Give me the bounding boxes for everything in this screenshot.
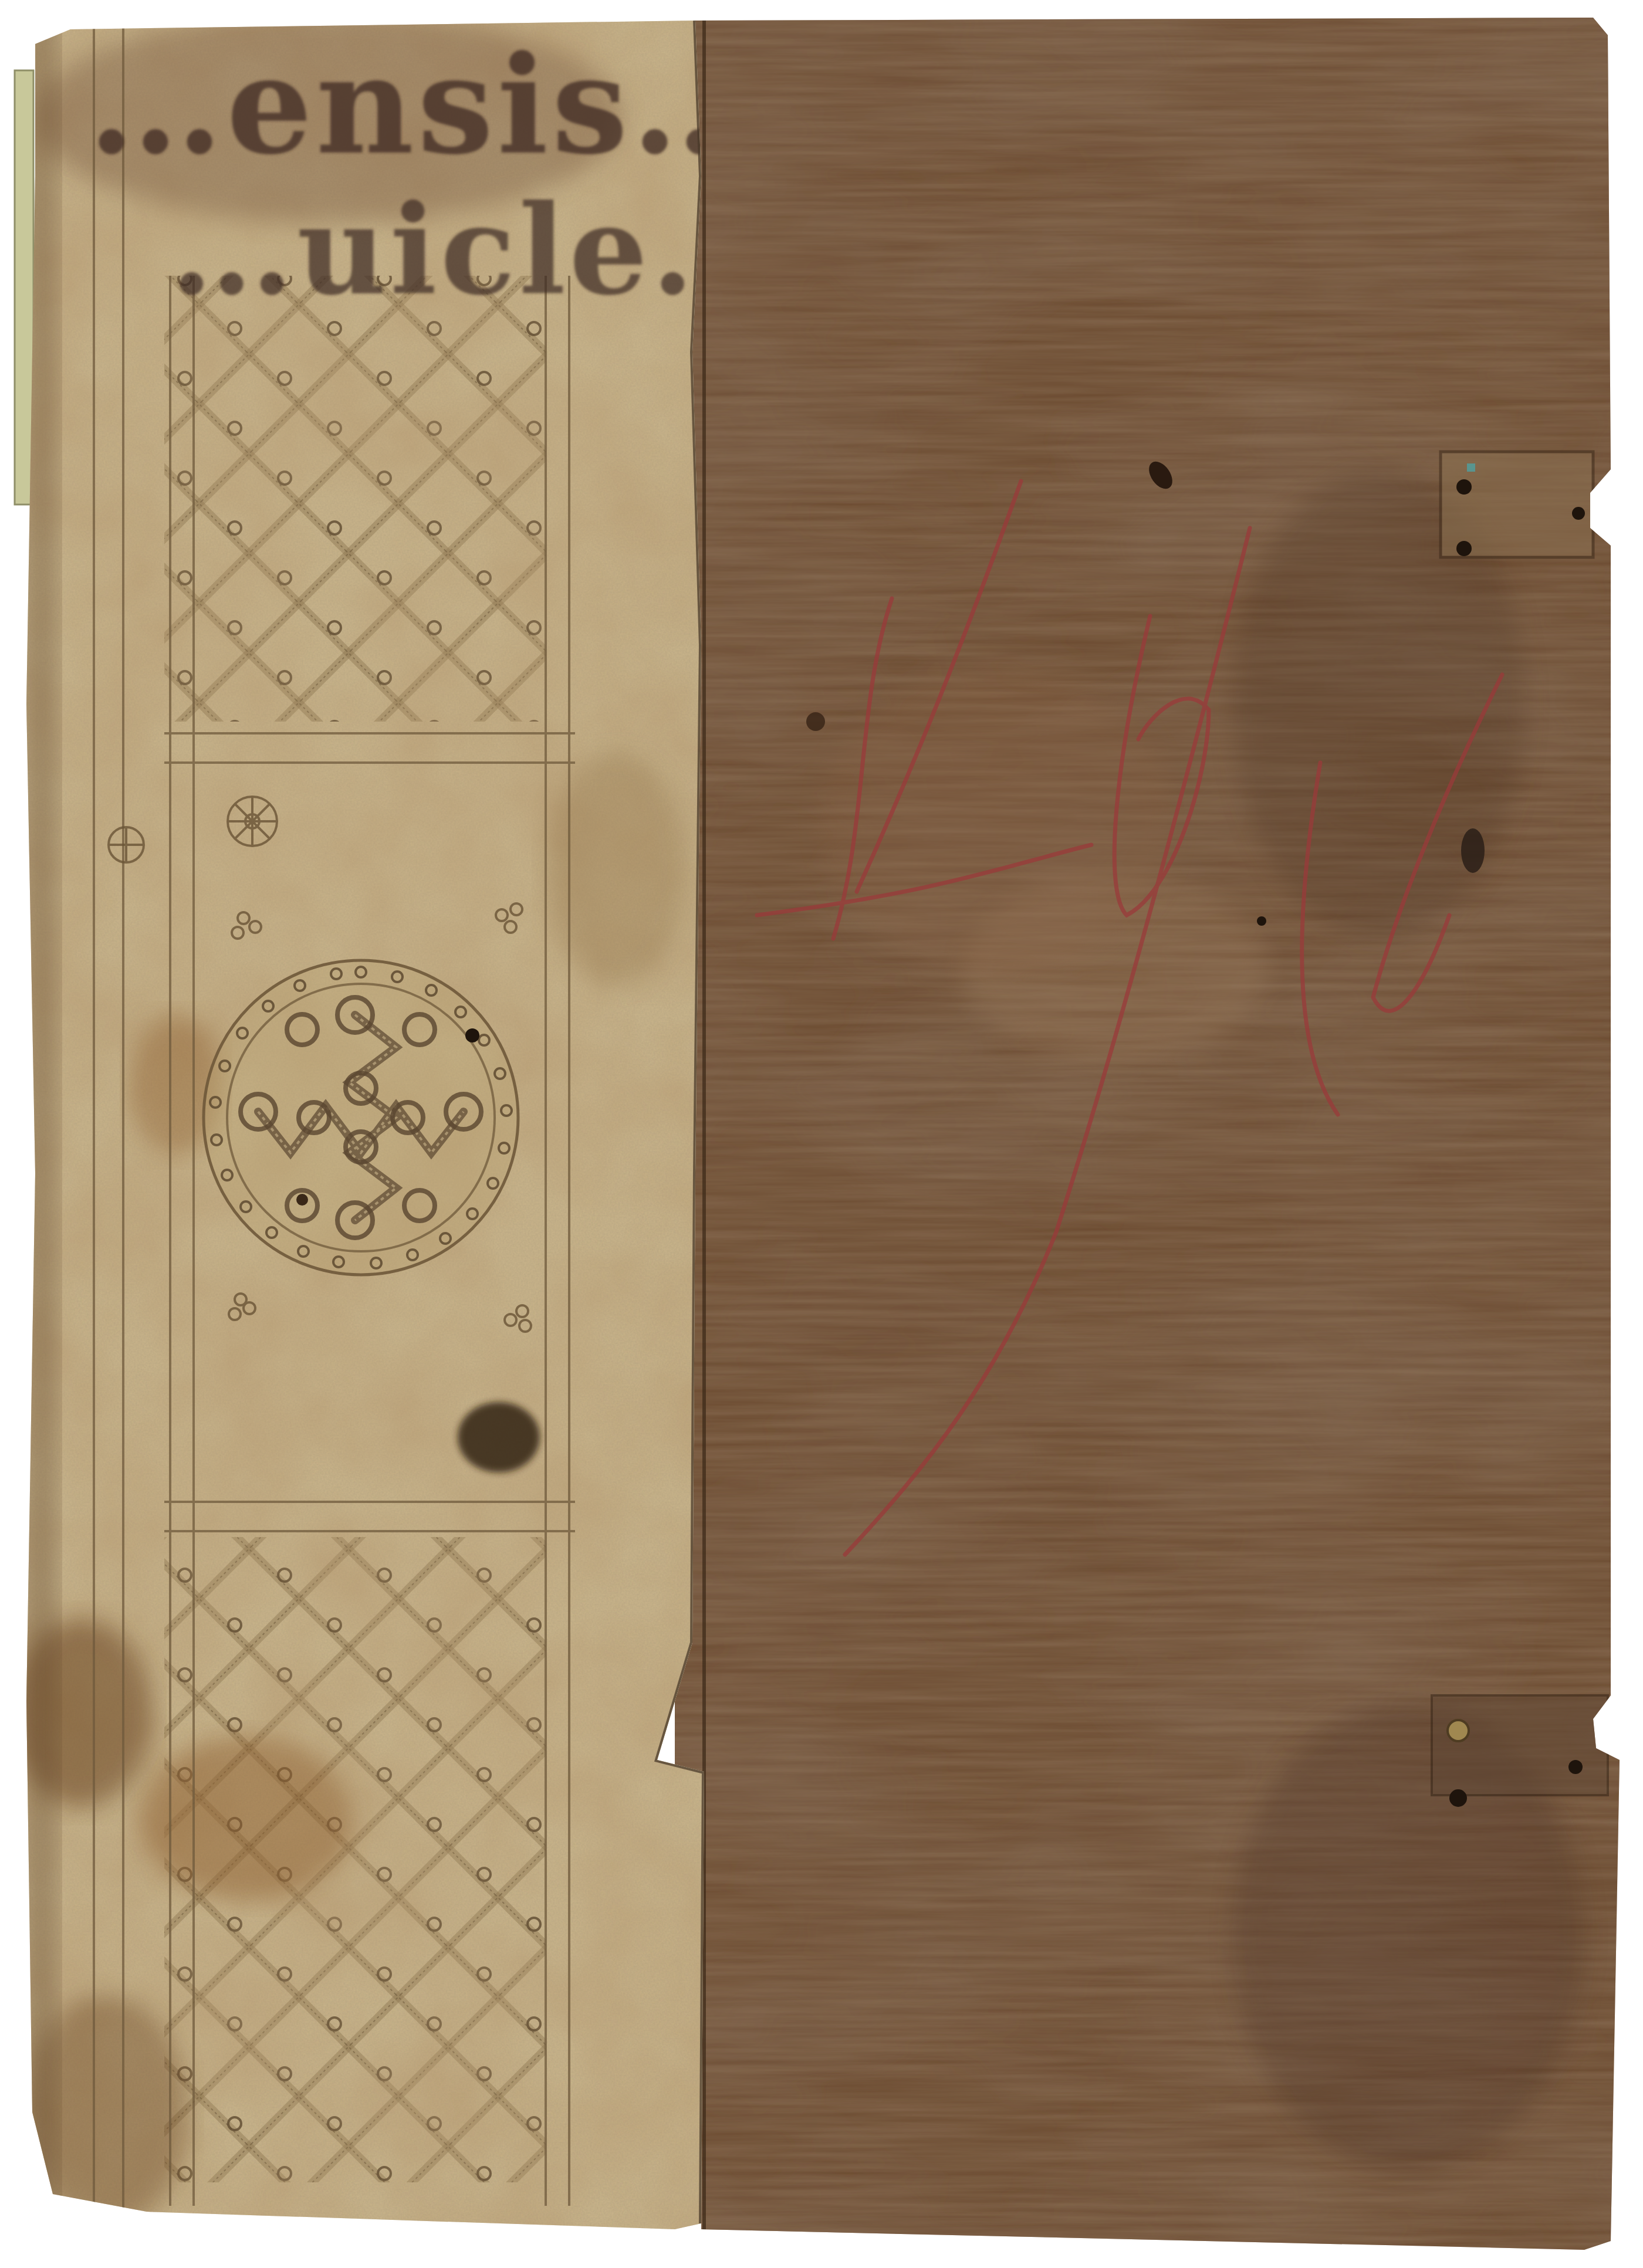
wooden-board	[675, 0, 1643, 2268]
leather-spine-covering: …ensis… …uicle…	[0, 0, 778, 2268]
title-line-1: …ensis…	[88, 26, 770, 185]
title-line-2: …uicle…	[170, 178, 778, 323]
knotwork-medallion-stamp	[202, 959, 519, 1276]
manuscript-title: …ensis… …uicle…	[88, 26, 778, 323]
text-block-edge	[15, 70, 33, 505]
brass-nail-head	[1448, 1720, 1469, 1741]
lower-clasp-recess	[1432, 1695, 1608, 1807]
upper-clasp-recess	[1441, 452, 1593, 557]
book-cover-photo: …ensis… …uicle…	[0, 0, 1643, 2268]
